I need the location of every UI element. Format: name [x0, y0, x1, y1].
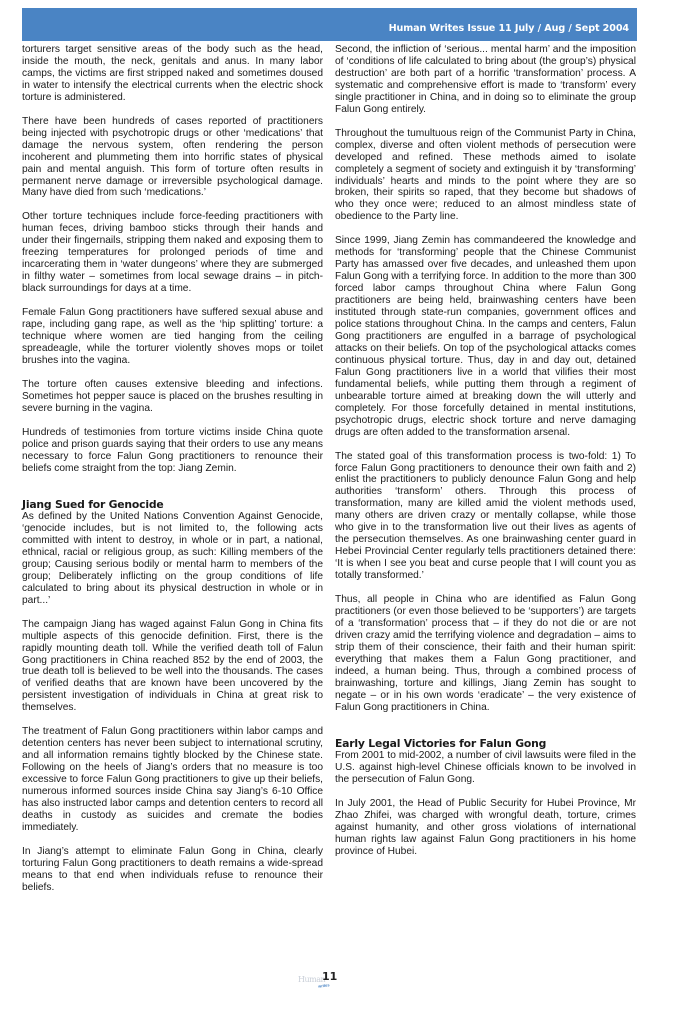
paragraph: Since 1999, Jiang Zemin has commandeered… — [335, 235, 636, 438]
section-heading-genocide: Jiang Sued for Genocide — [22, 499, 323, 512]
page-footer: Human writes 11 — [298, 970, 358, 990]
paragraph: The torture often causes extensive bleed… — [22, 379, 323, 415]
left-column: torturers target sensitive areas of the … — [22, 44, 323, 906]
logo-subtext: writes — [318, 982, 330, 989]
paragraph: The treatment of Falun Gong practitioner… — [22, 726, 323, 834]
publication-title: Human Writes Issue 11 July / Aug / Sept … — [389, 23, 629, 34]
paragraph: In July 2001, the Head of Public Securit… — [335, 798, 636, 858]
paragraph: The stated goal of this transformation p… — [335, 451, 636, 582]
paragraph: Female Falun Gong practitioners have suf… — [22, 307, 323, 367]
paragraph: The campaign Jiang has waged against Fal… — [22, 619, 323, 715]
page-number: 11 — [322, 970, 337, 983]
paragraph: Hundreds of testimonies from torture vic… — [22, 427, 323, 475]
paragraph: From 2001 to mid-2002, a number of civil… — [335, 750, 636, 786]
paragraph: Second, the infliction of ‘serious... me… — [335, 44, 636, 116]
paragraph: As defined by the United Nations Convent… — [22, 511, 323, 607]
section-heading-legal-victories: Early Legal Victories for Falun Gong — [335, 738, 636, 751]
paragraph: torturers target sensitive areas of the … — [22, 44, 323, 104]
spacer — [22, 487, 323, 499]
right-column: Second, the infliction of ‘serious... me… — [335, 44, 636, 870]
header-bar: Human Writes Issue 11 July / Aug / Sept … — [22, 8, 637, 41]
paragraph: There have been hundreds of cases report… — [22, 116, 323, 200]
paragraph: Thus, all people in China who are identi… — [335, 594, 636, 714]
paragraph: Throughout the tumultuous reign of the C… — [335, 128, 636, 224]
paragraph: Other torture techniques include force-f… — [22, 211, 323, 295]
paragraph: In Jiang’s attempt to eliminate Falun Go… — [22, 846, 323, 894]
spacer — [335, 726, 636, 738]
